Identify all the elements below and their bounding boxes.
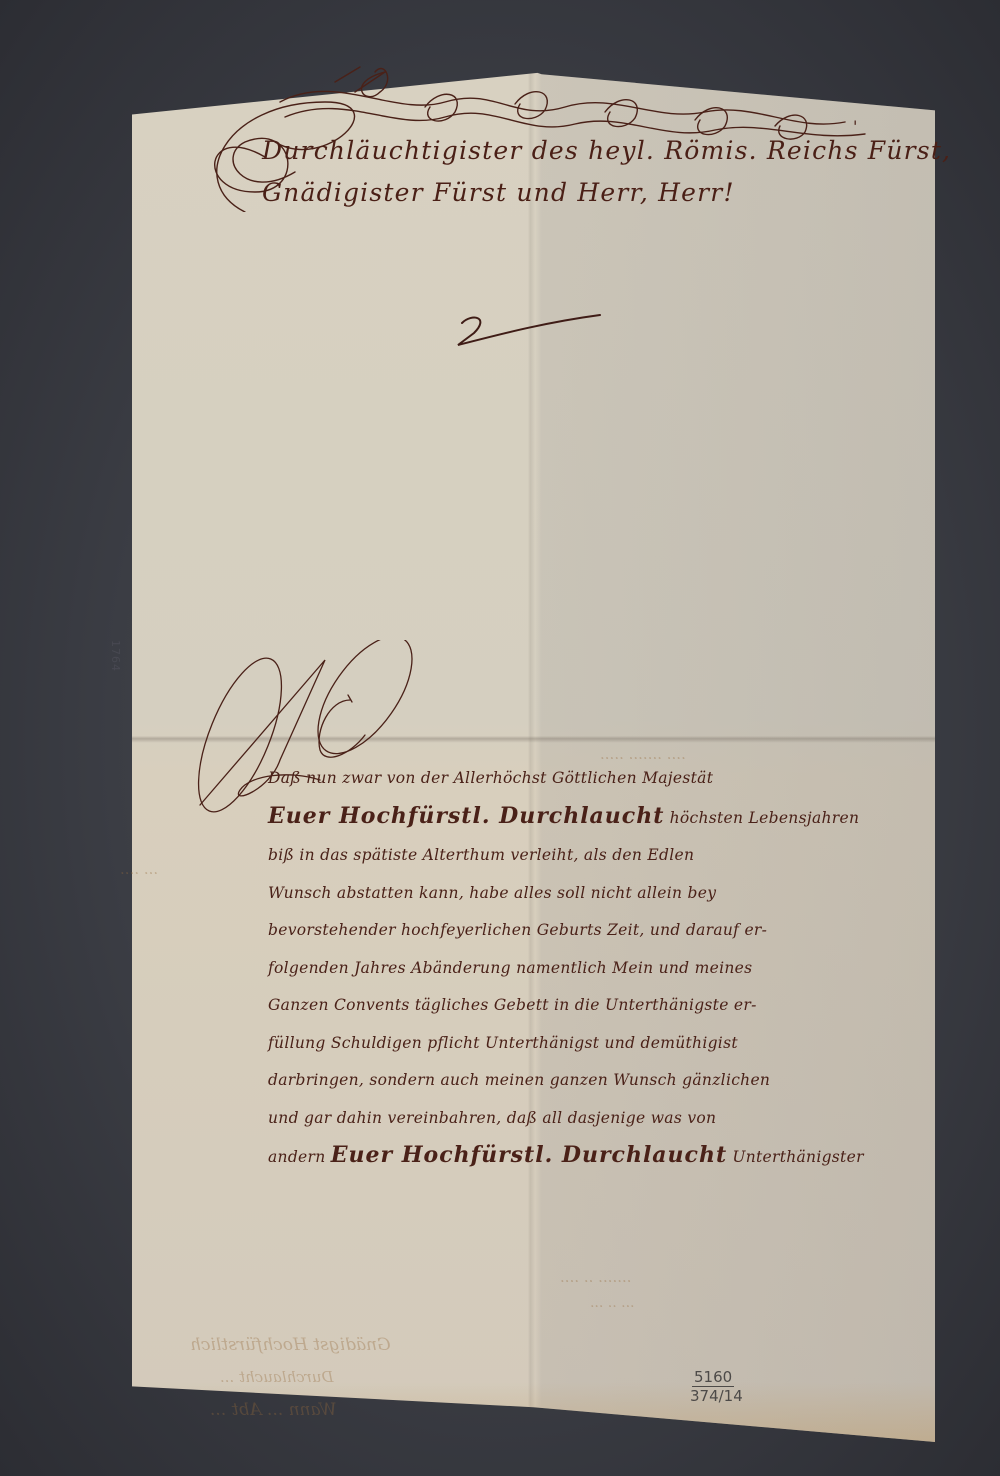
body-line-6: folgenden Jahres Abänderung namentlich M…: [268, 950, 948, 988]
salutation-line-2: Gnädigister Fürst und Herr, Herr!: [262, 172, 951, 214]
bleed-through-4: ....... .. ....: [560, 1268, 632, 1286]
margin-pencil-mark: 1764: [109, 640, 122, 672]
body-line-11-start: andern: [268, 1148, 331, 1166]
emphasized-address: Euer Hochfürstl. Durchlaucht: [268, 803, 664, 829]
bleed-through-1: Gnädigst Hochfürstlich: [190, 1335, 391, 1355]
body-line-2-rest: höchsten Lebensjahren: [670, 809, 860, 827]
archive-number: 5160 374/14: [690, 1368, 743, 1405]
body-line-3: biß in das spätiste Alterthum verleiht, …: [268, 837, 948, 875]
archive-number-top: 5160: [692, 1368, 734, 1387]
body-line-9: darbringen, sondern auch meinen ganzen W…: [268, 1062, 948, 1100]
bleed-through-6: ... ....: [120, 860, 158, 878]
archive-number-bottom: 374/14: [690, 1387, 743, 1405]
salutation-line-1: Durchläuchtigister des heyl. Römis. Reic…: [262, 130, 951, 172]
body-line-4: Wunsch abstatten kann, habe alles soll n…: [268, 875, 948, 913]
body-line-11-end: Unterthänigster: [727, 1148, 864, 1166]
salutation: Durchläuchtigister des heyl. Römis. Reic…: [262, 130, 951, 214]
body-line-10: und gar dahin vereinbahren, daß all dasj…: [268, 1100, 948, 1138]
bleed-through-3: Wann ... Abt ...: [210, 1400, 337, 1420]
letter-body: Daß nun zwar von der Allerhöchst Göttlic…: [268, 760, 948, 1177]
bleed-through-5: ... .. ...: [590, 1295, 635, 1311]
emphasized-address-2: Euer Hochfürstl. Durchlaucht: [331, 1142, 727, 1168]
body-line-2: Euer Hochfürstl. Durchlaucht höchsten Le…: [268, 798, 948, 838]
body-line-1: Daß nun zwar von der Allerhöchst Göttlic…: [268, 760, 948, 798]
body-line-5: bevorstehender hochfeyerlichen Geburts Z…: [268, 912, 948, 950]
body-line-11: andern Euer Hochfürstl. Durchlaucht Unte…: [268, 1137, 948, 1177]
bleed-through-2: Durchlaucht ...: [220, 1368, 333, 1386]
page-number-mark: [450, 305, 610, 355]
body-line-7: Ganzen Convents tägliches Gebett in die …: [268, 987, 948, 1025]
body-line-8: füllung Schuldigen pflicht Unterthänigst…: [268, 1025, 948, 1063]
